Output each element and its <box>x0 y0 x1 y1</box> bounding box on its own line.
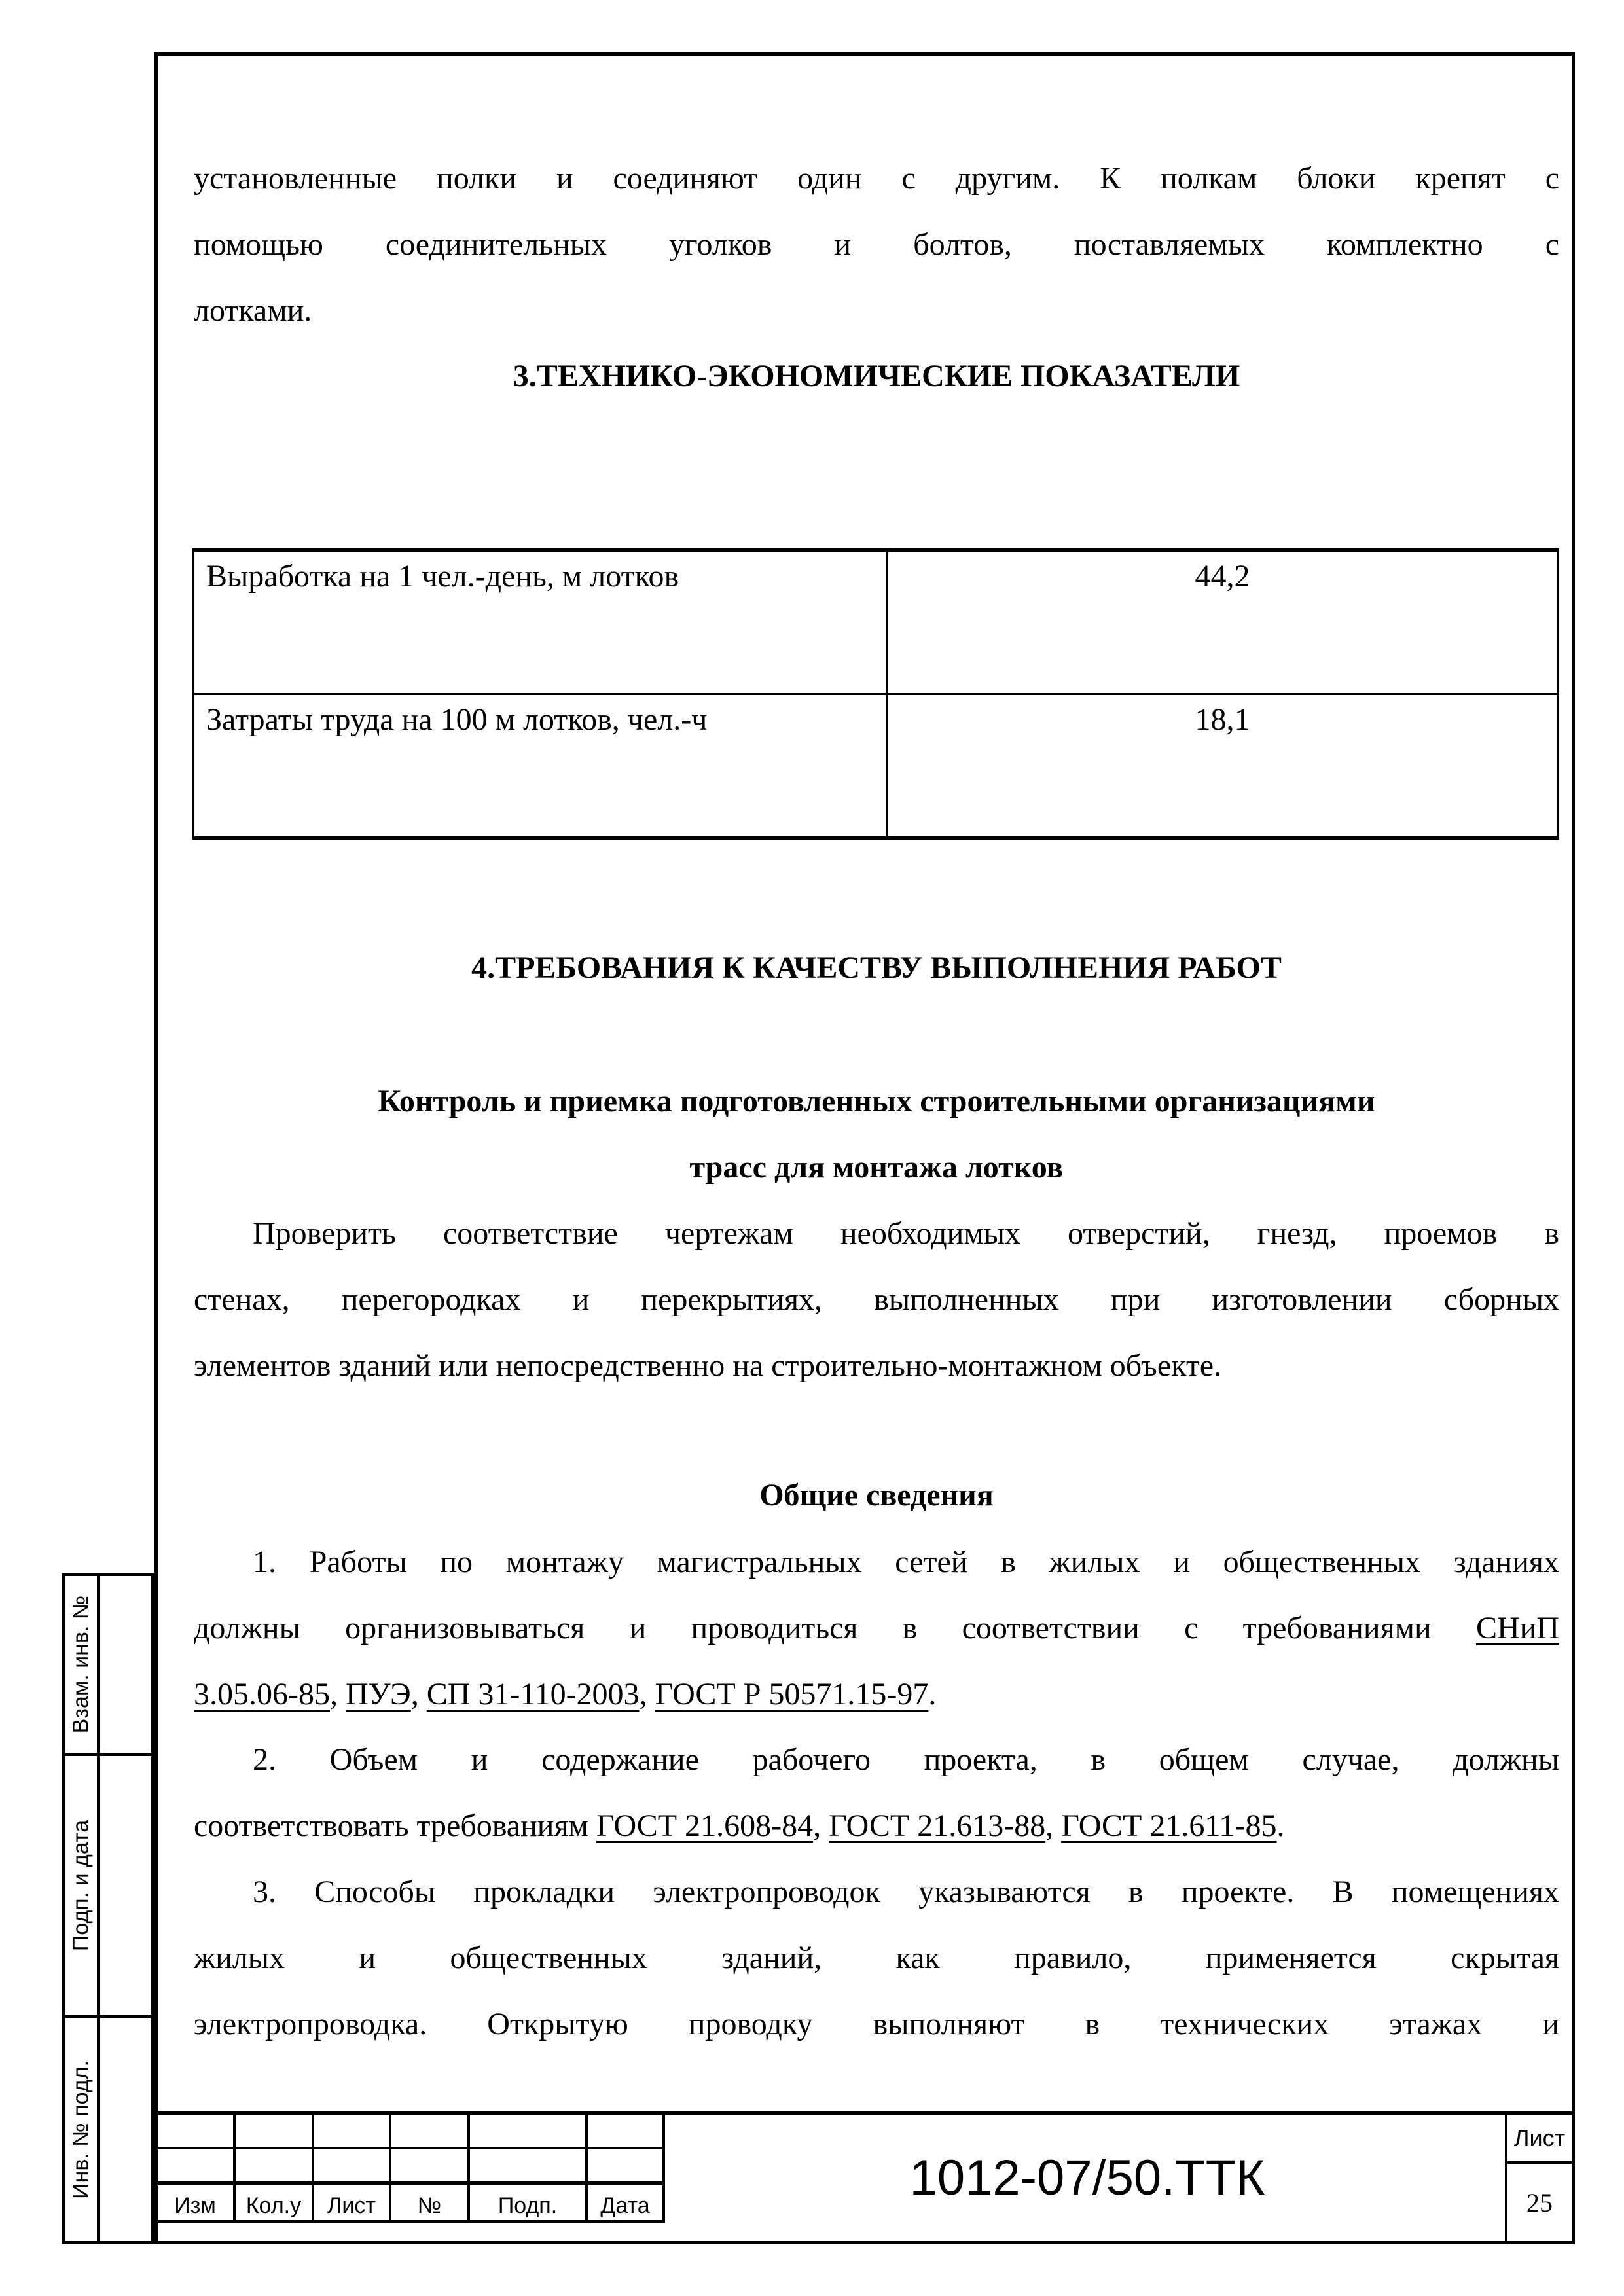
gost-21-608-84-link[interactable]: ГОСТ 21.608-84 <box>596 1808 813 1843</box>
revision-table: Изм Кол.у Лист № Подп. Дата <box>154 2111 665 2223</box>
document-code: 1012-07/50.ТТК <box>668 2111 1506 2244</box>
text-line: лотками. <box>194 278 1559 344</box>
text-line: соответствовать требованиям ГОСТ 21.608-… <box>194 1793 1559 1859</box>
side-label: Инв. № подл. <box>68 2060 94 2199</box>
text-line: Проверить соответствие чертежам необходи… <box>194 1200 1559 1266</box>
replacement-inventory-cell: Взам. инв. № <box>62 1573 154 1756</box>
sheet-label: Лист <box>1507 2115 1572 2164</box>
title-block: Изм Кол.у Лист № Подп. Дата 1012-07/50.Т… <box>154 2111 1575 2244</box>
snip-link-part[interactable]: СНиП <box>1476 1611 1559 1645</box>
original-inventory-cell: Инв. № подл. <box>62 2015 154 2244</box>
text-line: должны организовываться и проводиться в … <box>194 1595 1559 1661</box>
item-2-paragraph: 2. Объем и содержание рабочего проекта, … <box>194 1727 1559 1859</box>
intro-paragraph: установленные полки и соединяют один с д… <box>194 145 1559 344</box>
column-header: Дата <box>586 2183 664 2221</box>
side-label: Подп. и дата <box>68 1820 94 1950</box>
revision-header-row: Изм Кол.у Лист № Подп. Дата <box>156 2183 664 2221</box>
column-header: Лист <box>313 2183 390 2221</box>
gost-21-613-88-link[interactable]: ГОСТ 21.613-88 <box>829 1808 1045 1843</box>
text-line: 3. Способы прокладки электропроводок ука… <box>194 1859 1559 1925</box>
gost-r-50571-15-97-link[interactable]: ГОСТ Р 50571.15-97 <box>655 1677 929 1712</box>
indicator-value: 44,2 <box>887 550 1559 694</box>
column-header: Подп. <box>469 2183 586 2221</box>
gost-21-611-85-link[interactable]: ГОСТ 21.611-85 <box>1061 1808 1276 1843</box>
item-1-paragraph: 1. Работы по монтажу магистральных сетей… <box>194 1529 1559 1727</box>
text-line: установленные полки и соединяют один с д… <box>194 145 1559 211</box>
indicator-name: Выработка на 1 чел.-день, м лотков <box>194 550 887 694</box>
check-paragraph: Проверить соответствие чертежам необходи… <box>194 1200 1559 1399</box>
section-3-heading: 3.ТЕХНИКО-ЭКОНОМИЧЕСКИЕ ПОКАЗАТЕЛИ <box>194 343 1559 409</box>
text-line: 3.05.06-85, ПУЭ, СП 31-110-2003, ГОСТ Р … <box>194 1661 1559 1727</box>
column-header: Кол.у <box>234 2183 313 2221</box>
column-header: № <box>390 2183 469 2221</box>
general-info-heading: Общие сведения <box>194 1462 1559 1528</box>
indicator-name: Затраты труда на 100 м лотков, чел.-ч <box>194 694 887 838</box>
snip-3-05-06-85-link[interactable]: 3.05.06-85 <box>194 1677 330 1712</box>
control-subheading: Контроль и приемка подготовленных строит… <box>194 1068 1559 1200</box>
table-row: Затраты труда на 100 м лотков, чел.-ч 18… <box>194 694 1559 838</box>
text-line: стенах, перегородках и перекрытиях, выпо… <box>194 1266 1559 1333</box>
text-line: жилых и общественных зданий, как правило… <box>194 1925 1559 1991</box>
text-line: помощью соединительных уголков и болтов,… <box>194 211 1559 278</box>
subheading-line: трасс для монтажа лотков <box>194 1134 1559 1200</box>
text-line: 1. Работы по монтажу магистральных сетей… <box>194 1529 1559 1595</box>
text-line: 2. Объем и содержание рабочего проекта, … <box>194 1727 1559 1793</box>
sp-31-110-2003-link[interactable]: СП 31-110-2003 <box>427 1677 640 1712</box>
sheet-number: 25 <box>1507 2164 1572 2241</box>
side-label: Взам. инв. № <box>68 1596 94 1734</box>
signature-date-cell: Подп. и дата <box>62 1753 154 2018</box>
item-3-paragraph: 3. Способы прокладки электропроводок ука… <box>194 1859 1559 2057</box>
table-row: Выработка на 1 чел.-день, м лотков 44,2 <box>194 550 1559 694</box>
column-header: Изм <box>156 2183 234 2221</box>
text-line: электропроводка. Открытую проводку выпол… <box>194 1991 1559 2057</box>
pue-link[interactable]: ПУЭ <box>346 1677 411 1712</box>
subheading-line: Контроль и приемка подготовленных строит… <box>194 1068 1559 1134</box>
section-4-heading: 4.ТРЕБОВАНИЯ К КАЧЕСТВУ ВЫПОЛНЕНИЯ РАБОТ <box>194 935 1559 1001</box>
indicator-value: 18,1 <box>887 694 1559 838</box>
indicators-table: Выработка на 1 чел.-день, м лотков 44,2 … <box>192 548 1559 840</box>
text-line: элементов зданий или непосредственно на … <box>194 1333 1559 1399</box>
